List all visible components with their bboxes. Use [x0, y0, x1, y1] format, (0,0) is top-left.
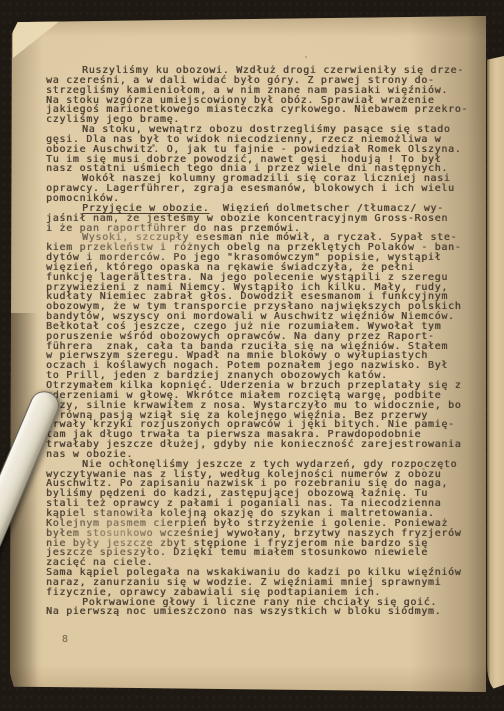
text-line: Na pierwszą noc umieszczono nas wszystki…	[46, 607, 476, 617]
paper-speck	[305, 56, 307, 58]
typewritten-text: Ruszyliśmy ku obozowi. Wzdłuż drogi czer…	[46, 66, 476, 617]
scanned-page: Ruszyliśmy ku obozowi. Wzdłuż drogi czer…	[10, 16, 486, 692]
book-scan-photo: Ruszyliśmy ku obozowi. Wzdłuż drogi czer…	[0, 0, 504, 711]
next-page-edge	[487, 56, 504, 690]
page-corner-fold	[13, 20, 61, 58]
paper-speck	[422, 468, 425, 470]
paper-speck	[152, 144, 155, 147]
page-number: 8	[62, 634, 68, 645]
